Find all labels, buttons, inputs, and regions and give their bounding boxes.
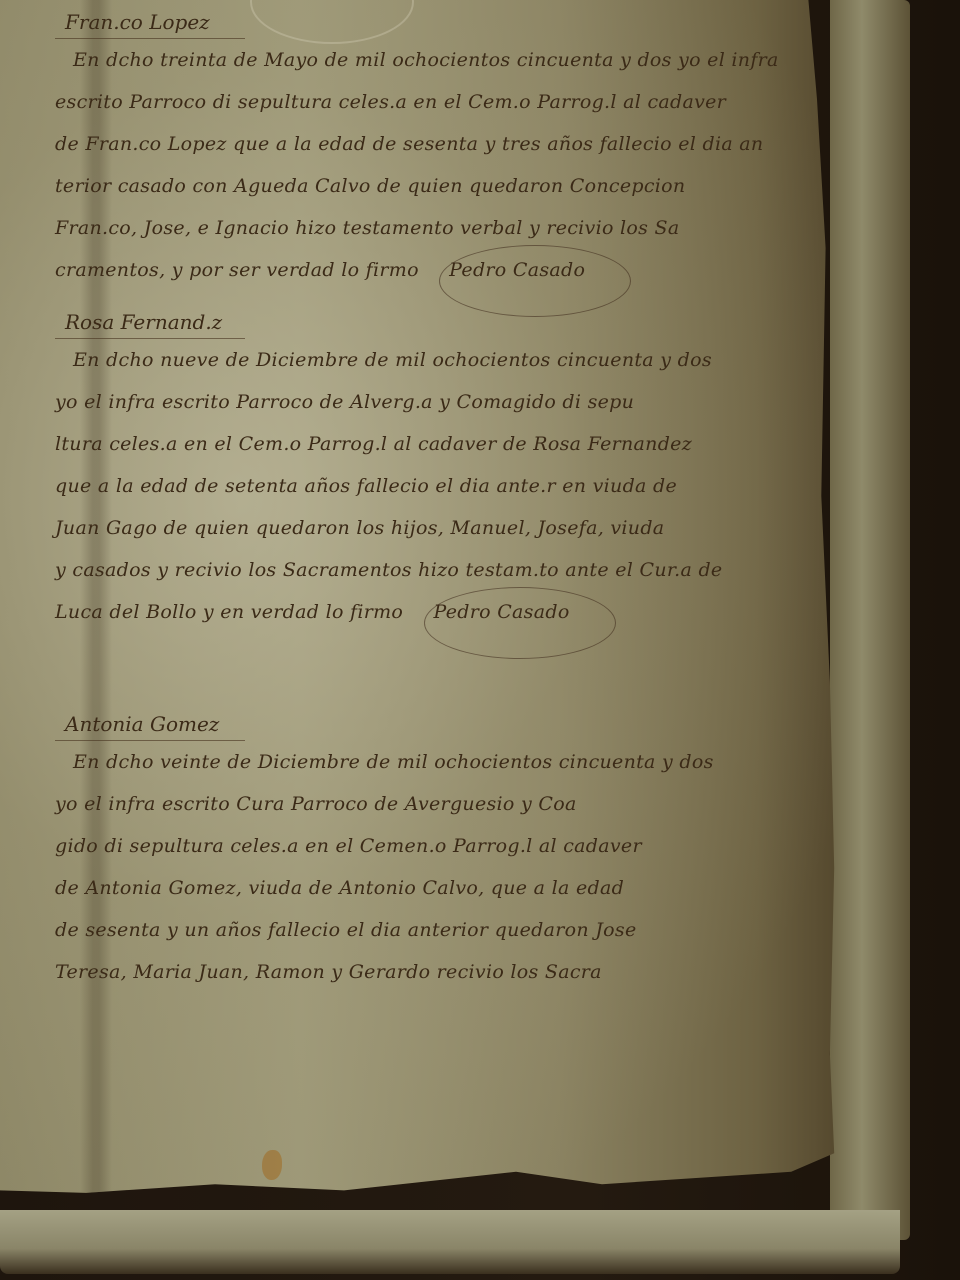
entry-text-line: yo el infra escrito Cura Parroco de Aver… [55,783,815,825]
entry-text-line: Luca del Bollo y en verdad lo firmo [55,601,403,623]
entry-text-line: cramentos, y por ser verdad lo firmo [55,259,419,281]
underlying-page-edge [830,0,910,1240]
entry-text-line: En dcho treinta de Mayo de mil ochocient… [55,39,815,81]
entry-heading-name: Antonia Gomez [55,712,245,741]
priest-signature: Pedro Casado [449,249,585,291]
entry-text-line: de sesenta y un años fallecio el dia ant… [55,909,815,951]
signature-rubric-flourish [424,587,616,659]
entry-text-line: Juan Gago de quien quedaron los hijos, M… [55,507,815,549]
entry-text-line: yo el infra escrito Parroco de Alverg.a … [55,381,815,423]
entry-text-line: que a la edad de setenta años fallecio e… [55,465,815,507]
manuscript-page: Fran.co Lopez En dcho treinta de Mayo de… [0,0,860,1240]
entry-text-line: ltura celes.a en el Cem.o Parrog.l al ca… [55,423,815,465]
entry-text-line: Fran.co, Jose, e Ignacio hizo testamento… [55,207,815,249]
entry-text-line: de Fran.co Lopez que a la edad de sesent… [55,123,815,165]
entry-text-line: terior casado con Agueda Calvo de quien … [55,165,815,207]
entry-heading-name: Fran.co Lopez [55,10,245,39]
burial-entry: Fran.co Lopez En dcho treinta de Mayo de… [55,10,815,291]
entry-heading-name: Rosa Fernand.z [55,310,245,339]
burial-entry: Antonia Gomez En dcho veinte de Diciembr… [55,712,815,993]
entry-text-line: Teresa, Maria Juan, Ramon y Gerardo reci… [55,951,815,993]
entry-text-line: gido di sepultura celes.a en el Cemen.o … [55,825,815,867]
entry-text-line: de Antonia Gomez, viuda de Antonio Calvo… [55,867,815,909]
entry-text-line: En dcho veinte de Diciembre de mil ochoc… [55,741,815,783]
signature-rubric-flourish [439,245,631,317]
entry-text-line: En dcho nueve de Diciembre de mil ochoci… [55,339,815,381]
burial-entry: Rosa Fernand.z En dcho nueve de Diciembr… [55,310,815,633]
underlying-page-bottom [0,1210,900,1274]
priest-signature: Pedro Casado [434,591,570,633]
entry-text-line: y casados y recivio los Sacramentos hizo… [55,549,815,591]
entry-text-line: escrito Parroco di sepultura celes.a en … [55,81,815,123]
paper-stain [262,1150,282,1180]
